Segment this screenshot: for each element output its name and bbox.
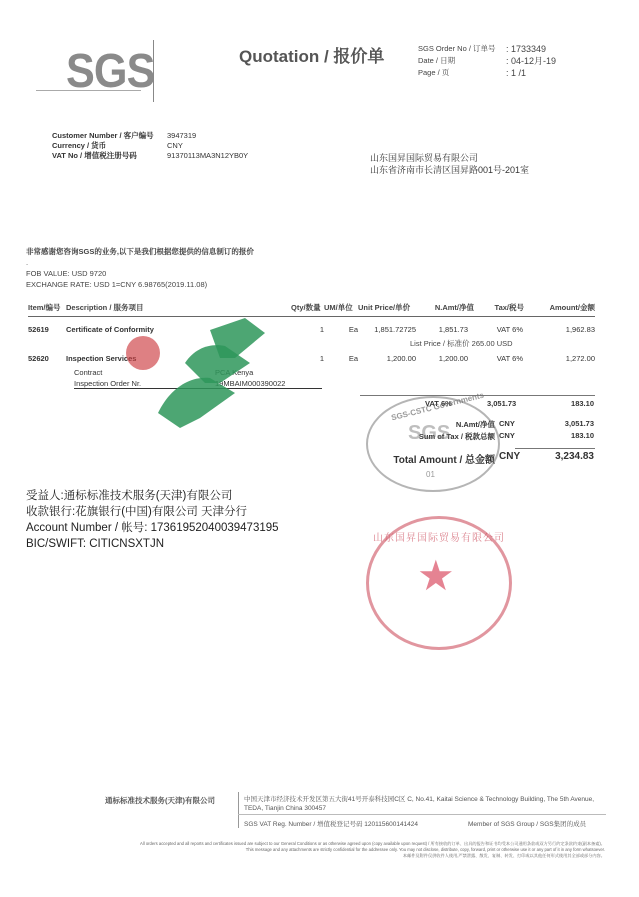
footer-address: 中国天津市经济技术开发区第五大街41号开泰科技园C区 C, No.41, Kai… [244, 795, 604, 813]
date-value: : 04-12月-19 [506, 55, 556, 67]
green-watermark-logo [150, 318, 290, 428]
order-info: SGS Order No / 订单号: 1733349 Date / 日期: 0… [418, 43, 556, 79]
footer-member: Member of SGS Group / SGS集团的成员 [468, 819, 586, 828]
table-row: 52619 Certificate of Conformity 1 Ea 1,8… [28, 325, 595, 334]
sum-divider [515, 448, 595, 449]
customer-address-block: 山东国昇国际贸易有限公司 山东省济南市长清区国昇路001号-201室 [370, 152, 529, 176]
sum-of-tax-currency: CNY [499, 431, 515, 440]
row-item-no: 52619 [28, 325, 66, 334]
vat-value: 91370113MA3N12YB0Y [167, 151, 248, 161]
row-net-amount: 1,200.00 [416, 354, 468, 363]
intro-dot: . [26, 257, 254, 268]
row-amount: 1,272.00 [523, 354, 595, 363]
currency-value: CNY [167, 141, 183, 151]
th-qty: Qty/数量 [291, 302, 324, 313]
table-row: 52620 Inspection Services 1 Ea 1,200.00 … [28, 354, 595, 363]
th-um: UM/单位 [324, 302, 358, 313]
exchange-rate: EXCHANGE RATE: USD 1=CNY 6.98765(2019.11… [26, 279, 254, 290]
swift-code: BIC/SWIFT: CITICNSXTJN [26, 536, 279, 552]
contract-label: Contract [74, 368, 102, 377]
customer-info: Customer Number / 客户编号3947319 Currency /… [52, 131, 248, 161]
footer-vat-reg: SGS VAT Reg. Number / 增值税登记号码 1201156001… [244, 819, 418, 828]
customer-company-name: 山东国昇国际贸易有限公司 [370, 152, 529, 164]
table-header: Item/编号 Description / 服务项目 Qty/数量 UM/单位 … [28, 302, 595, 317]
bank-name: 收款银行:花旗银行(中国)有限公司 天津分行 [26, 504, 279, 520]
seal-number: 01 [426, 470, 435, 479]
th-net-amount: N.Amt/净值 [416, 302, 474, 313]
fob-value: FOB VALUE: USD 9720 [26, 268, 254, 279]
intro-block: 非常感谢您咨询SGS的业务,以下是我们根据您提供的信息制订的报价 . FOB V… [26, 246, 254, 290]
vat-label: VAT No / 增值税注册号码 [52, 151, 167, 161]
company-seal-stamp: 山东国昇国际贸易有限公司 ★ [366, 516, 512, 650]
bank-details: 受益人:通标标准技术服务(天津)有限公司 收款银行:花旗银行(中国)有限公司 天… [26, 488, 279, 552]
star-icon: ★ [417, 555, 455, 597]
account-number: Account Number / 帐号: 1736195204003947319… [26, 520, 279, 536]
total-amount-value: 3,234.83 [530, 451, 594, 462]
row-amount: 1,962.83 [523, 325, 595, 334]
customer-number-label: Customer Number / 客户编号 [52, 131, 167, 141]
row-unit-price: 1,200.00 [358, 354, 416, 363]
th-tax: Tax/税号 [474, 302, 524, 313]
customer-address: 山东省济南市长清区国昇路001号-201室 [370, 164, 529, 176]
net-amount-value: 3,051.73 [540, 419, 594, 428]
thanks-text: 非常感谢您咨询SGS的业务,以下是我们根据您提供的信息制订的报价 [26, 246, 254, 257]
footer-company: 通标标准技术服务(天津)有限公司 [105, 795, 215, 806]
logo-divider [36, 90, 141, 91]
row-net-amount: 1,851.73 [416, 325, 468, 334]
row-unit-price: 1,851.72725 [358, 325, 416, 334]
sum-of-tax-value: 183.10 [540, 431, 594, 440]
page-label: Page / 页 [418, 67, 506, 79]
document-title: Quotation / 报价单 [239, 42, 384, 67]
row-qty: 1 [291, 354, 324, 363]
row-qty: 1 [291, 325, 324, 334]
row-um: Ea [324, 325, 358, 334]
row-item-no: 52620 [28, 354, 66, 363]
row-tax: VAT 6% [468, 354, 523, 363]
seal-logo: SGS [408, 422, 450, 445]
list-price: List Price / 标准价 265.00 USD [410, 338, 513, 349]
order-no-label: SGS Order No / 订单号 [418, 43, 506, 55]
disclaimer: All orders accepted and all reports and … [45, 841, 605, 859]
sgs-seal-stamp: SGS-CSTC Governments SGS 01 [366, 396, 500, 492]
order-no-value: : 1733349 [506, 43, 546, 55]
th-item: Item/编号 [28, 302, 66, 313]
th-description: Description / 服务项目 [66, 302, 291, 313]
net-amount-currency: CNY [499, 419, 515, 428]
logo-divider-vertical [153, 40, 154, 102]
disclaimer-line-3: 本邮件及附件仅供收件人使用,严禁泄露、散发、复制、转发、打印或以其他任何形式使用… [45, 853, 605, 859]
row-tax: VAT 6% [468, 325, 523, 334]
row-um: Ea [324, 354, 358, 363]
customer-number-value: 3947319 [167, 131, 196, 141]
beneficiary: 受益人:通标标准技术服务(天津)有限公司 [26, 488, 279, 504]
page-value: : 1 /1 [506, 67, 526, 79]
date-label: Date / 日期 [418, 55, 506, 67]
vat-summary-amount: 183.10 [550, 399, 594, 408]
total-amount-currency: CNY [499, 451, 520, 462]
th-amount: Amount/金额 [524, 302, 595, 313]
currency-label: Currency / 货币 [52, 141, 167, 151]
footer-divider [238, 814, 606, 815]
red-seal-text: 山东国昇国际贸易有限公司 [369, 529, 509, 544]
th-unit-price: Unit Price/单价 [358, 302, 416, 313]
vat-summary-base: 3,051.73 [487, 399, 516, 408]
footer-divider-vertical [238, 792, 239, 828]
